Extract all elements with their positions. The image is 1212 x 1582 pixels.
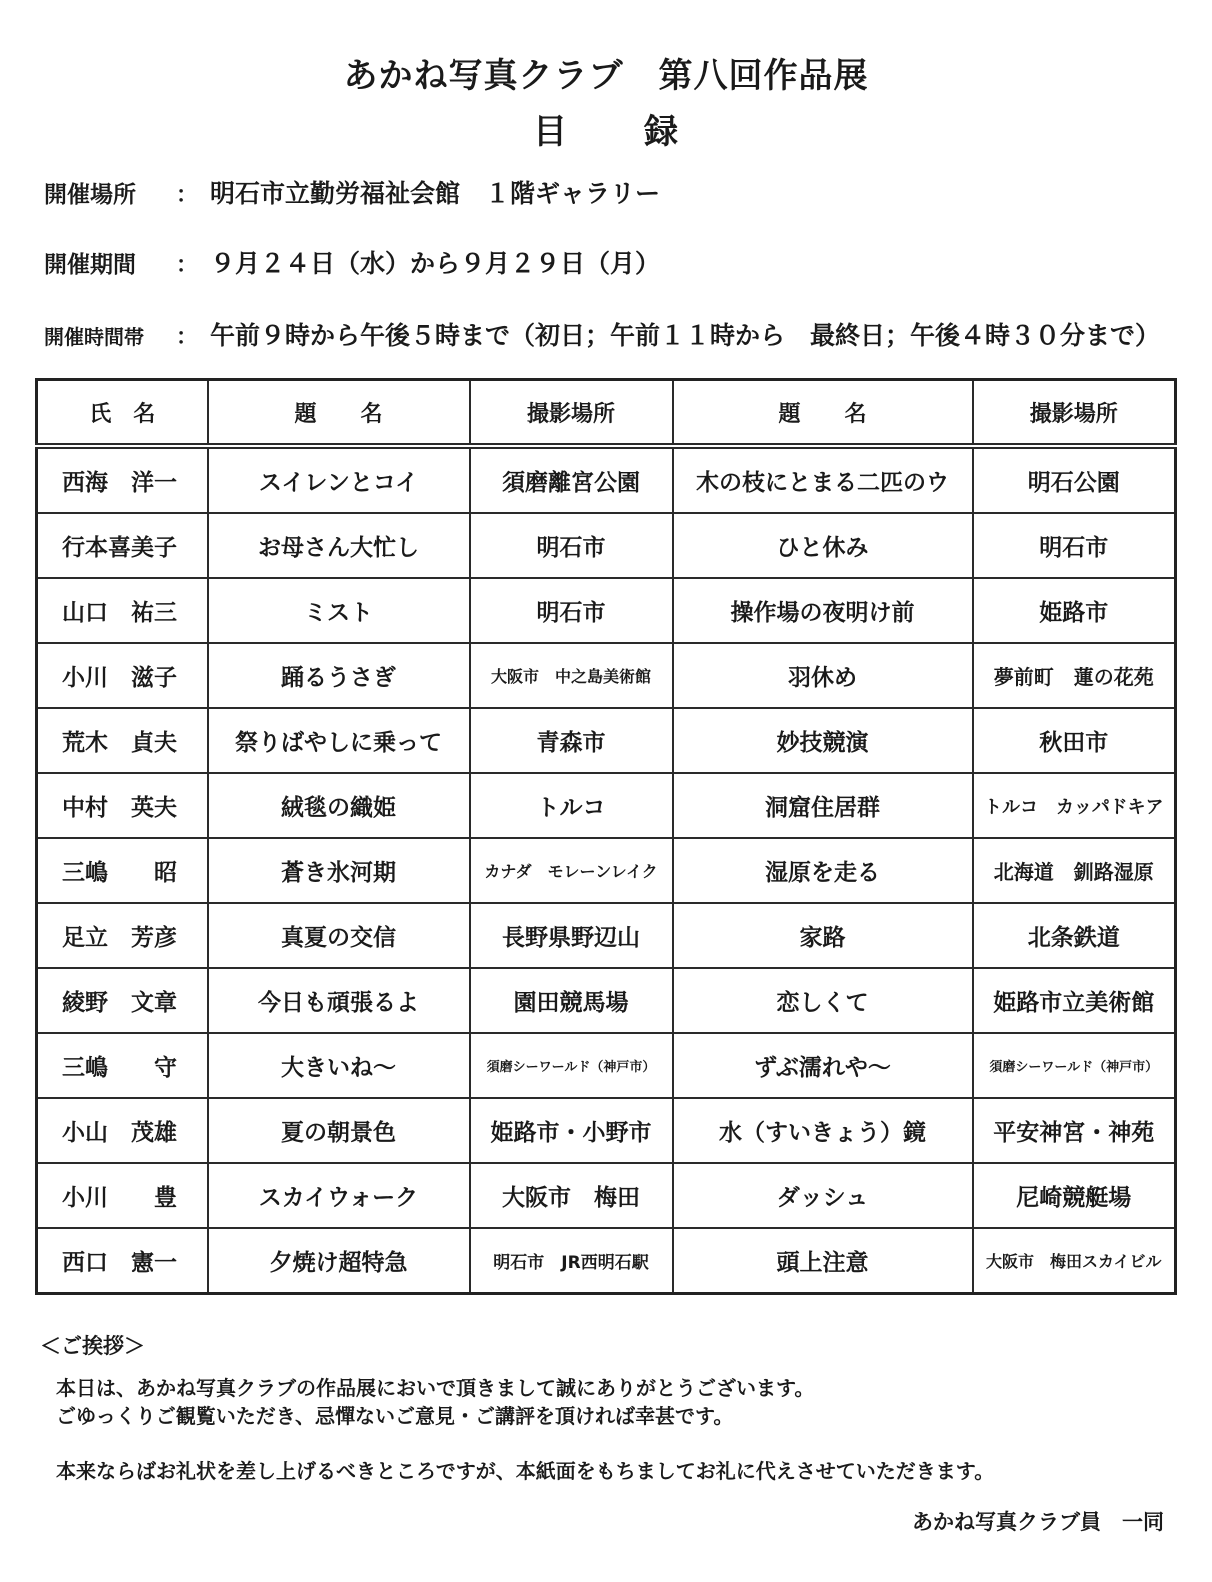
table-row: 小川 滋子 踊るうさぎ 大阪市 中之島美術館 羽休め 夢前町 蓮の花苑	[37, 643, 1176, 708]
cell-place-1: 大阪市 梅田	[470, 1163, 673, 1228]
cell-title-2: 恋しくて	[673, 968, 973, 1033]
cell-title-2: 妙技競演	[673, 708, 973, 773]
cell-name: 三嶋 守	[37, 1033, 208, 1098]
cell-place-1: 明石市	[470, 513, 673, 578]
cell-title-1: 真夏の交信	[208, 903, 470, 968]
cell-place-1: 明石市 JR西明石駅	[470, 1228, 673, 1294]
cell-place-1: カナダ モレーンレイク	[470, 838, 673, 903]
cell-name: 綾野 文章	[37, 968, 208, 1033]
cell-title-1: 今日も頑張るよ	[208, 968, 470, 1033]
cell-place-2: 須磨シーワールド（神戸市）	[973, 1033, 1176, 1098]
cell-place-1: 青森市	[470, 708, 673, 773]
greeting-line: 本来ならばお礼状を差し上げるべきところですが、本紙面をもちましてお礼に代えさせて…	[56, 1455, 994, 1484]
catalog-table: 氏 名 題 名 撮影場所 題 名 撮影場所 西海 洋一 スイレンとコイ 須磨離宮…	[35, 378, 1177, 1295]
table-row: 山口 祐三 ミスト 明石市 操作場の夜明け前 姫路市	[37, 578, 1176, 643]
table-row: 行本喜美子 お母さん大忙し 明石市 ひと休み 明石市	[37, 513, 1176, 578]
cell-place-2: 尼崎競艇場	[973, 1163, 1176, 1228]
greeting-line: ごゆっくりご観覧いただき、忌憚ないご意見・ご講評を頂ければ幸甚です。	[56, 1400, 733, 1429]
cell-place-2: 夢前町 蓮の花苑	[973, 643, 1176, 708]
greeting-heading: ＜ご挨拶＞	[40, 1330, 145, 1360]
cell-place-2: 北条鉄道	[973, 903, 1176, 968]
subtitle-char-1: 目	[533, 104, 568, 153]
cell-name: 行本喜美子	[37, 513, 208, 578]
cell-title-2: ひと休み	[673, 513, 973, 578]
cell-place-1: 須磨離宮公園	[470, 446, 673, 513]
cell-title-2: 操作場の夜明け前	[673, 578, 973, 643]
cell-place-2: トルコ カッパドキア	[973, 773, 1176, 838]
info-label: 開催時間帯	[44, 321, 164, 350]
cell-title-1: 蒼き氷河期	[208, 838, 470, 903]
greeting-line: 本日は、あかね写真クラブの作品展においで頂きまして誠にありがとうございます。	[56, 1372, 814, 1401]
page-title: あかね写真クラブ 第八回作品展	[0, 48, 1212, 97]
info-hours: 開催時間帯 ： 午前９時から午後５時まで（初日；午前１１時から 最終日；午後４時…	[44, 316, 1160, 352]
cell-name: 荒木 貞夫	[37, 708, 208, 773]
table-row: 西口 憲一 夕焼け超特急 明石市 JR西明石駅 頭上注意 大阪市 梅田スカイビル	[37, 1228, 1176, 1294]
info-label: 開催場所	[44, 176, 164, 209]
cell-name: 三嶋 昭	[37, 838, 208, 903]
cell-name: 中村 英夫	[37, 773, 208, 838]
cell-place-2: 明石公園	[973, 446, 1176, 513]
table-row: 綾野 文章 今日も頑張るよ 園田競馬場 恋しくて 姫路市立美術館	[37, 968, 1176, 1033]
cell-place-1: 園田競馬場	[470, 968, 673, 1033]
table-row: 荒木 貞夫 祭りばやしに乗って 青森市 妙技競演 秋田市	[37, 708, 1176, 773]
cell-title-1: お母さん大忙し	[208, 513, 470, 578]
cell-place-1: トルコ	[470, 773, 673, 838]
cell-name: 西口 憲一	[37, 1228, 208, 1294]
table-row: 三嶋 昭 蒼き氷河期 カナダ モレーンレイク 湿原を走る 北海道 釧路湿原	[37, 838, 1176, 903]
subtitle-char-2: 録	[644, 104, 679, 153]
cell-title-2: 湿原を走る	[673, 838, 973, 903]
info-period: 開催期間 ： ９月２４日（水）から９月２９日（月）	[44, 244, 660, 280]
cell-title-1: 夕焼け超特急	[208, 1228, 470, 1294]
header-name: 氏 名	[37, 380, 208, 447]
table-row: 西海 洋一 スイレンとコイ 須磨離宮公園 木の枝にとまる二匹のウ 明石公園	[37, 446, 1176, 513]
cell-place-2: 平安神宮・神苑	[973, 1098, 1176, 1163]
header-place-2: 撮影場所	[973, 380, 1176, 447]
cell-place-2: 北海道 釧路湿原	[973, 838, 1176, 903]
info-colon: ：	[164, 320, 210, 351]
page-subtitle: 目録	[0, 104, 1212, 153]
cell-place-2: 姫路市	[973, 578, 1176, 643]
table-row: 小川 豊 スカイウォーク 大阪市 梅田 ダッシュ 尼崎競艇場	[37, 1163, 1176, 1228]
cell-title-2: ダッシュ	[673, 1163, 973, 1228]
header-title-2: 題 名	[673, 380, 973, 447]
cell-place-2: 秋田市	[973, 708, 1176, 773]
cell-title-1: 踊るうさぎ	[208, 643, 470, 708]
cell-name: 小川 滋子	[37, 643, 208, 708]
cell-title-1: 祭りばやしに乗って	[208, 708, 470, 773]
table-row: 足立 芳彦 真夏の交信 長野県野辺山 家路 北条鉄道	[37, 903, 1176, 968]
table-header-row: 氏 名 題 名 撮影場所 題 名 撮影場所	[37, 380, 1176, 447]
cell-title-1: スカイウォーク	[208, 1163, 470, 1228]
info-value: ９月２４日（水）から９月２９日（月）	[210, 244, 660, 280]
header-title-1: 題 名	[208, 380, 470, 447]
cell-title-1: 大きいね～	[208, 1033, 470, 1098]
signature: あかね写真クラブ員 一同	[912, 1506, 1164, 1536]
cell-title-2: 頭上注意	[673, 1228, 973, 1294]
cell-name: 足立 芳彦	[37, 903, 208, 968]
cell-title-2: 羽休め	[673, 643, 973, 708]
cell-title-2: 水（すいきょう）鏡	[673, 1098, 973, 1163]
table-row: 三嶋 守 大きいね～ 須磨シーワールド（神戸市） ずぶ濡れや～ 須磨シーワールド…	[37, 1033, 1176, 1098]
cell-title-2: 木の枝にとまる二匹のウ	[673, 446, 973, 513]
cell-name: 小山 茂雄	[37, 1098, 208, 1163]
cell-title-2: ずぶ濡れや～	[673, 1033, 973, 1098]
table-row: 中村 英夫 絨毯の織姫 トルコ 洞窟住居群 トルコ カッパドキア	[37, 773, 1176, 838]
cell-name: 西海 洋一	[37, 446, 208, 513]
cell-title-2: 洞窟住居群	[673, 773, 973, 838]
info-value: 明石市立勤労福祉会館 １階ギャラリー	[210, 174, 660, 210]
cell-title-1: 夏の朝景色	[208, 1098, 470, 1163]
cell-place-1: 姫路市・小野市	[470, 1098, 673, 1163]
info-colon: ：	[164, 248, 210, 279]
cell-place-1: 明石市	[470, 578, 673, 643]
info-value: 午前９時から午後５時まで（初日；午前１１時から 最終日；午後４時３０分まで）	[210, 316, 1160, 352]
cell-title-2: 家路	[673, 903, 973, 968]
info-colon: ：	[164, 178, 210, 209]
cell-name: 小川 豊	[37, 1163, 208, 1228]
cell-place-2: 姫路市立美術館	[973, 968, 1176, 1033]
info-venue: 開催場所 ： 明石市立勤労福祉会館 １階ギャラリー	[44, 174, 660, 210]
cell-place-1: 長野県野辺山	[470, 903, 673, 968]
cell-place-1: 大阪市 中之島美術館	[470, 643, 673, 708]
cell-place-2: 大阪市 梅田スカイビル	[973, 1228, 1176, 1294]
cell-place-1: 須磨シーワールド（神戸市）	[470, 1033, 673, 1098]
table-row: 小山 茂雄 夏の朝景色 姫路市・小野市 水（すいきょう）鏡 平安神宮・神苑	[37, 1098, 1176, 1163]
info-label: 開催期間	[44, 246, 164, 279]
cell-title-1: スイレンとコイ	[208, 446, 470, 513]
cell-title-1: 絨毯の織姫	[208, 773, 470, 838]
cell-title-1: ミスト	[208, 578, 470, 643]
header-place-1: 撮影場所	[470, 380, 673, 447]
cell-name: 山口 祐三	[37, 578, 208, 643]
cell-place-2: 明石市	[973, 513, 1176, 578]
